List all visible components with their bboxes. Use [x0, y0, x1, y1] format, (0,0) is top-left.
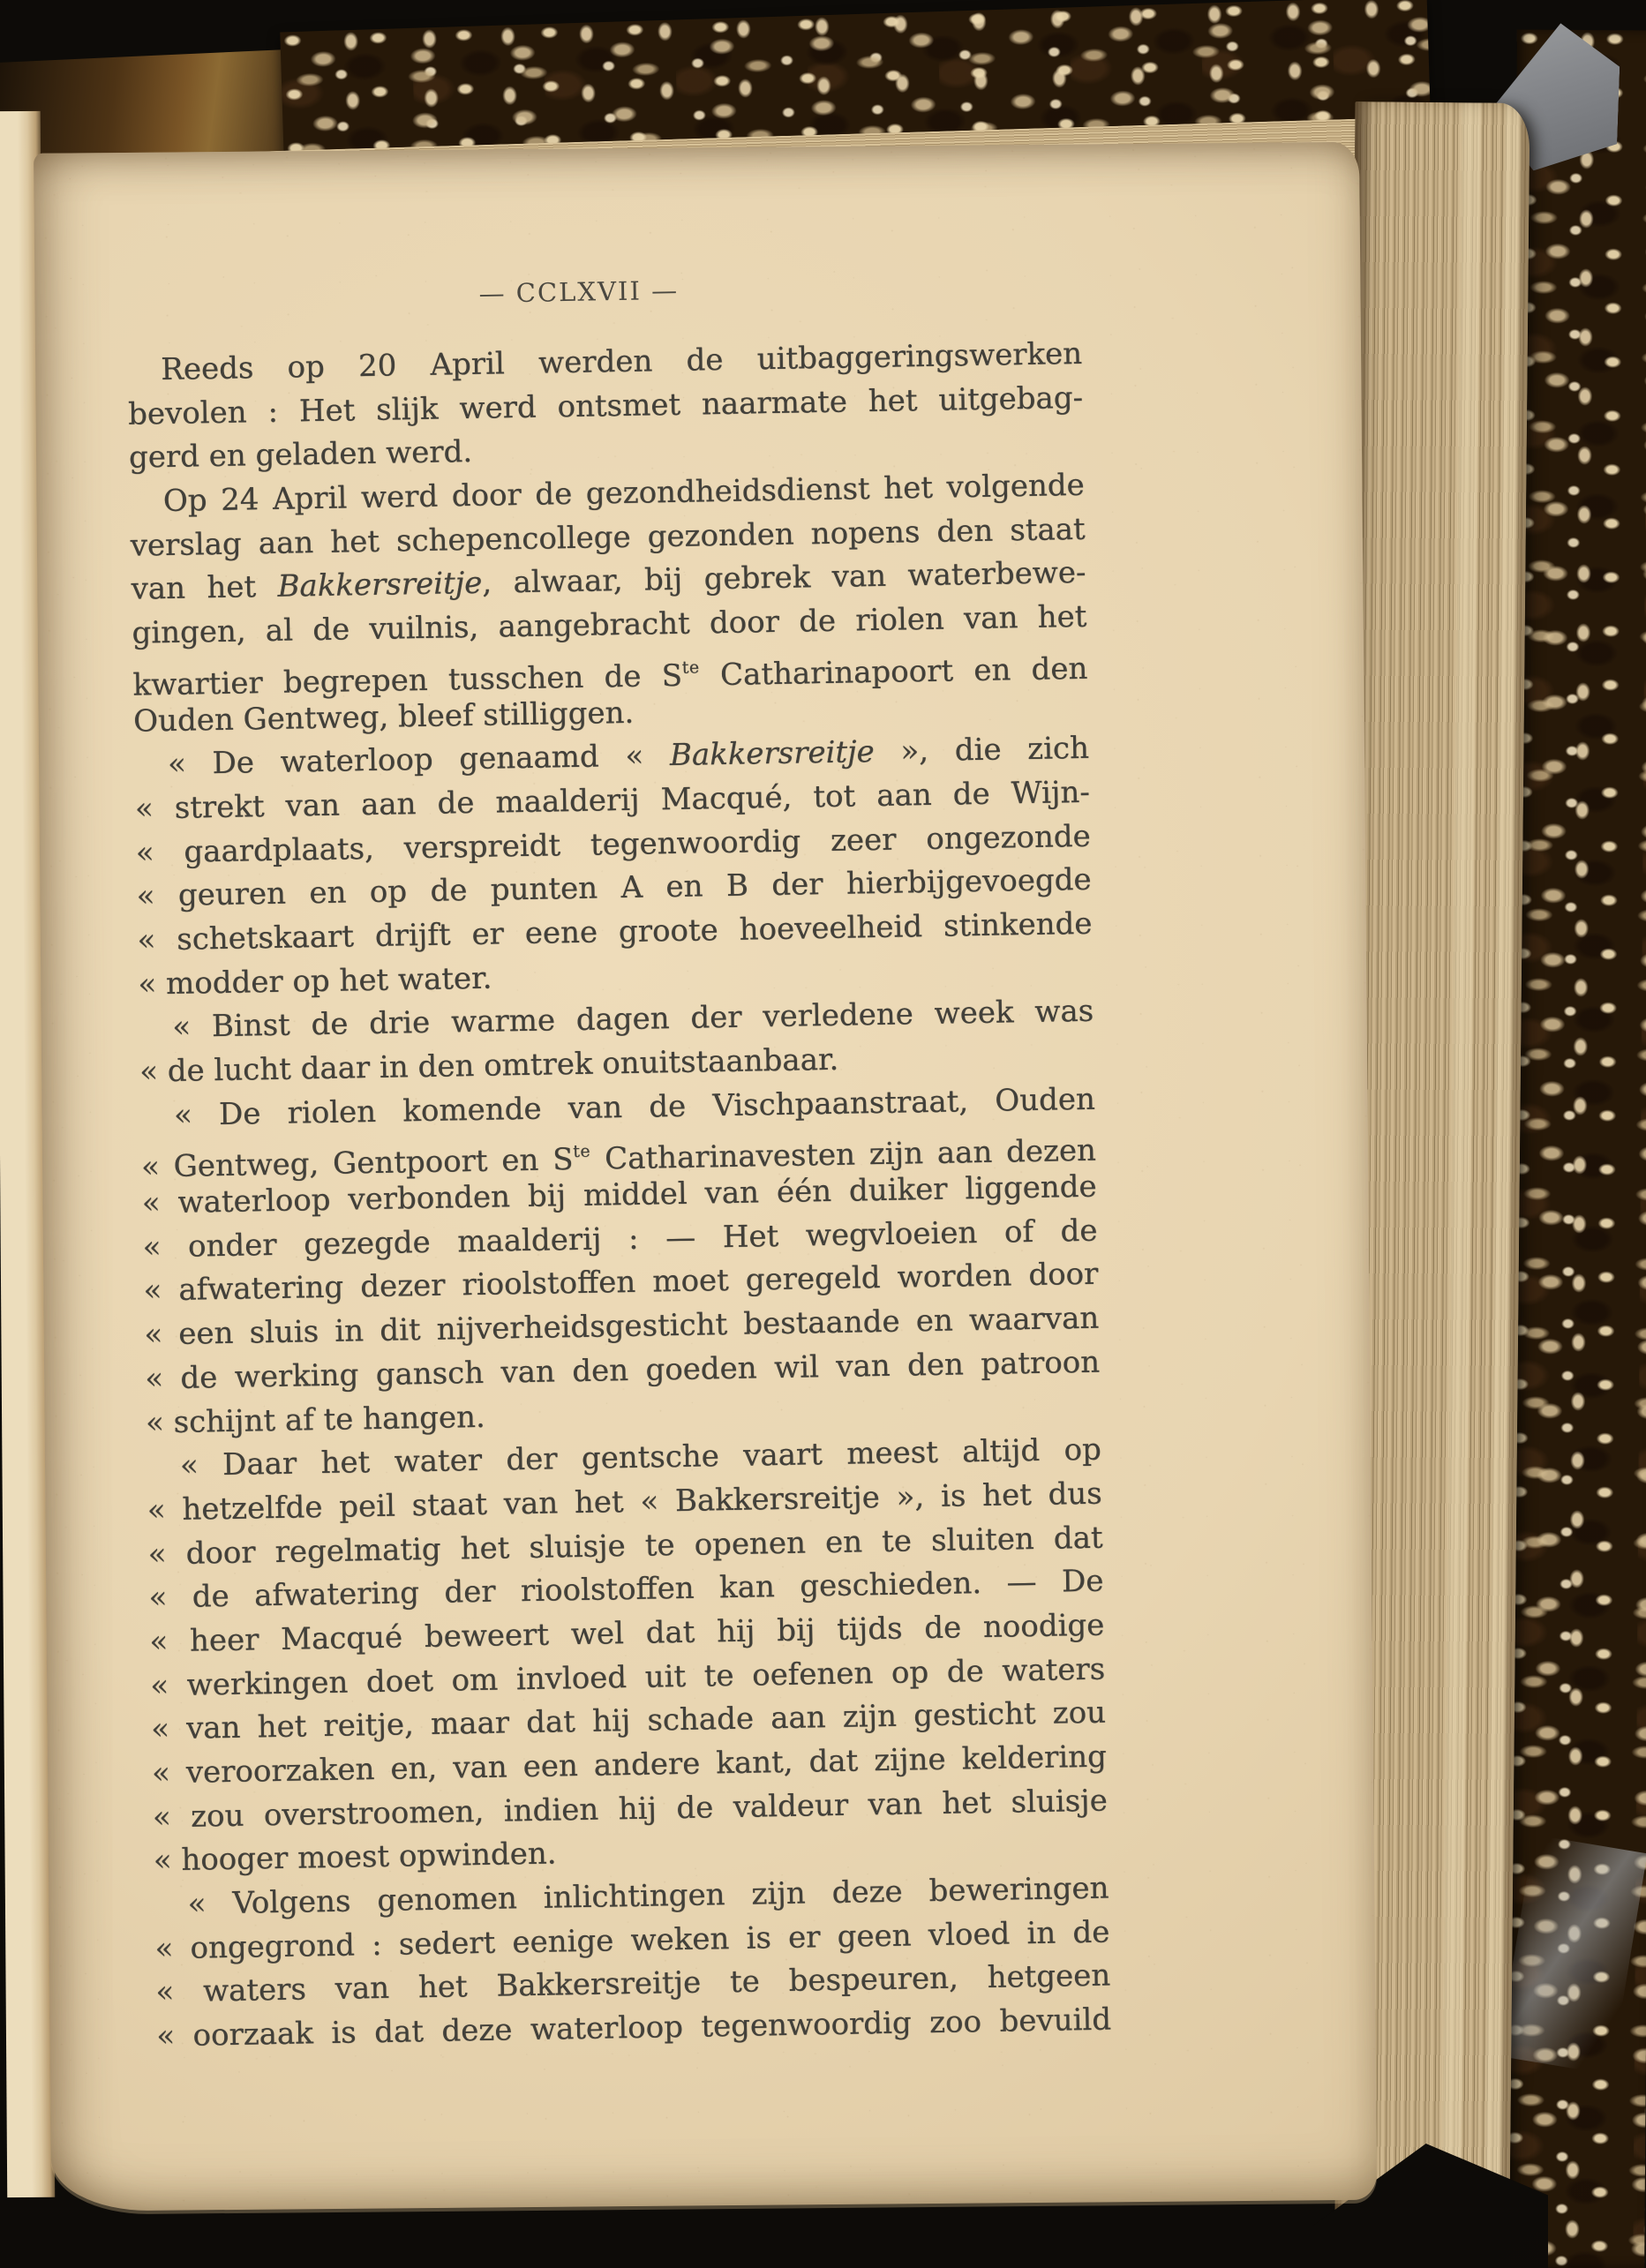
text-segment: Catharinapoort en den [700, 651, 1088, 694]
text-segment: « de lucht daar in den omtrek onuitstaan… [139, 1042, 839, 1090]
text-segment: « modder op het water. [138, 960, 492, 1002]
book-scan: ta,l-t — CCLXVII — Reeds op 20 April wer… [0, 0, 1646, 2268]
text-segment: gerd en geladen werd. [129, 434, 473, 476]
text-segment: « schijnt af te hangen. [146, 1399, 485, 1440]
text-segment: », die zich [874, 731, 1089, 770]
text-segment: Ouden Gentweg, bleef stilliggen. [133, 695, 635, 739]
text-segment: « De waterloop genaamd « [168, 738, 671, 782]
text-segment: , alwaar, bij gebrek van waterbewe- [482, 555, 1086, 601]
facing-page-edge-letter: t [0, 318, 7, 353]
italic-text: Bakkersreitje [277, 566, 483, 605]
page-text-block: — CCLXVII — Reeds op 20 April werden de … [126, 264, 1112, 2059]
page-number: — CCLXVII — [101, 264, 1057, 319]
italic-text: Bakkersreitje [670, 734, 876, 773]
text-segment: « hooger moest opwinden. [153, 1836, 556, 1879]
body-text: Reeds op 20 April werden de uitbaggering… [127, 333, 1112, 2059]
book-page: — CCLXVII — Reeds op 20 April werden de … [34, 142, 1377, 2212]
text-segment: van het [131, 569, 278, 607]
superscript-text: te [573, 1142, 590, 1161]
facing-page-edge-letter: - [0, 528, 8, 563]
facing-page-edge-letter: l [0, 475, 8, 510]
facing-page-edge-letter: , [0, 422, 7, 457]
cover-wear-streak [1498, 1835, 1646, 2074]
facing-page-edge-letter: a [0, 372, 7, 408]
facing-page-edge-letter: t [0, 965, 11, 1001]
superscript-text: te [682, 657, 700, 677]
